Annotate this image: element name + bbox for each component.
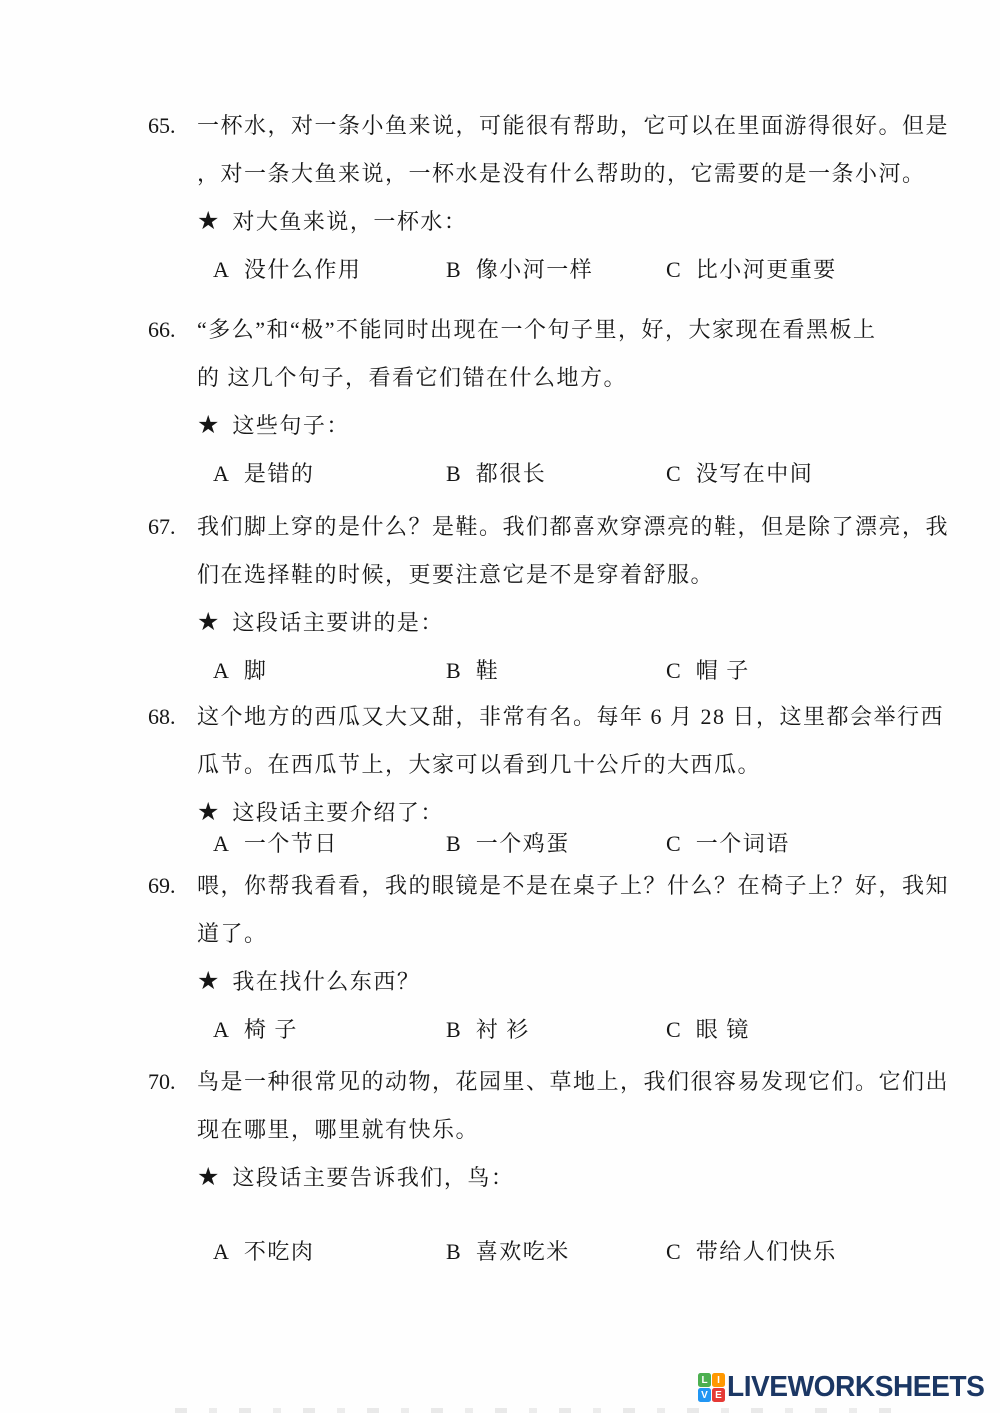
prompt-line: ★ 这段话主要告诉我们，鸟： (197, 1154, 978, 1202)
option-c[interactable]: C 没写在中间 (666, 450, 813, 498)
logo-tile-e: E (712, 1388, 725, 1402)
option-b-text: 鞋 (476, 647, 500, 695)
option-b-text: 喜欢吃米 (476, 1228, 570, 1276)
options-row: A 一个节日 B 一个鸡蛋 C 一个词语 (197, 820, 978, 868)
options-row: A 椅 子 B 衬 衫 C 眼 镜 (197, 1006, 978, 1054)
logo-tile-v: V (698, 1388, 711, 1402)
question-number: 65. (148, 102, 197, 150)
option-b-label: B (446, 1228, 461, 1276)
options-row: A 是错的 B 都很长 C 没写在中间 (197, 450, 978, 498)
option-a[interactable]: A 椅 子 (213, 1006, 446, 1054)
options-row: A 脚 B 鞋 C 帽 子 (197, 647, 978, 695)
question-67: 67. 我们脚上穿的是什么？是鞋。我们都喜欢穿漂亮的鞋，但是除了漂亮，我 们在选… (148, 503, 978, 695)
star-icon: ★ (197, 1154, 219, 1202)
passage-line: 66. “多么”和“极”不能同时出现在一个句子里，好，大家现在看黑板上 (148, 306, 978, 354)
option-a[interactable]: A 脚 (213, 647, 446, 695)
option-b-label: B (446, 820, 461, 868)
option-b-label: B (446, 450, 461, 498)
passage-text: 鸟是一种很常见的动物，花园里、草地上，我们很容易发现它们。它们出 (197, 1058, 949, 1106)
prompt-line: ★ 我在找什么东西？ (197, 958, 978, 1006)
passage-line: 70. 鸟是一种很常见的动物，花园里、草地上，我们很容易发现它们。它们出 (148, 1058, 978, 1106)
passage-line: 的 这几个句子，看看它们错在什么地方。 (197, 354, 978, 402)
passage-text: 们在选择鞋的时候，更要注意它是不是穿着舒服。 (197, 551, 714, 599)
option-b[interactable]: B 鞋 (446, 647, 666, 695)
star-icon: ★ (197, 198, 219, 246)
options-row: A 没什么作用 B 像小河一样 C 比小河更重要 (197, 246, 978, 294)
option-b-text: 衬 衫 (476, 1006, 530, 1054)
prompt-line: ★ 对大鱼来说，一杯水： (197, 198, 978, 246)
passage-text: 这个地方的西瓜又大又甜，非常有名。每年 6 月 28 日，这里都会举行西 (197, 693, 944, 741)
option-b[interactable]: B 衬 衫 (446, 1006, 666, 1054)
liveworksheets-logo[interactable]: L I V E LIVEWORKSHEETS (698, 1371, 992, 1404)
question-number: 67. (148, 503, 197, 551)
option-c[interactable]: C 比小河更重要 (666, 246, 837, 294)
worksheet-page: 65. 一杯水，对一条小鱼来说，可能很有帮助，它可以在里面游得很好。但是 ，对一… (0, 0, 1000, 1413)
question-prompt: 这些句子： (232, 402, 350, 450)
option-b-label: B (446, 1006, 461, 1054)
option-b[interactable]: B 像小河一样 (446, 246, 666, 294)
passage-line: ，对一条大鱼来说，一杯水是没有什么帮助的，它需要的是一条小河。 (197, 150, 978, 198)
option-c[interactable]: C 带给人们快乐 (666, 1228, 837, 1276)
question-65: 65. 一杯水，对一条小鱼来说，可能很有帮助，它可以在里面游得很好。但是 ，对一… (148, 102, 978, 294)
option-c[interactable]: C 眼 镜 (666, 1006, 750, 1054)
question-66: 66. “多么”和“极”不能同时出现在一个句子里，好，大家现在看黑板上 的 这几… (148, 306, 978, 498)
option-c-text: 眼 镜 (696, 1006, 750, 1054)
passage-line: 65. 一杯水，对一条小鱼来说，可能很有帮助，它可以在里面游得很好。但是 (148, 102, 978, 150)
option-c-text: 比小河更重要 (696, 246, 837, 294)
liveworksheets-tile-icon: L I V E (698, 1373, 725, 1402)
cutoff-next-line (175, 1408, 905, 1413)
question-prompt: 这段话主要讲的是： (232, 599, 444, 647)
star-icon: ★ (197, 402, 219, 450)
option-a-text: 椅 子 (244, 1006, 298, 1054)
passage-line: 69. 喂，你帮我看看，我的眼镜是不是在桌子上？什么？在椅子上？好，我知 (148, 862, 978, 910)
option-a[interactable]: A 不吃肉 (213, 1228, 446, 1276)
question-number: 69. (148, 862, 197, 910)
option-a-label: A (213, 820, 229, 868)
question-number: 70. (148, 1058, 197, 1106)
option-b[interactable]: B 一个鸡蛋 (446, 820, 666, 868)
option-a-text: 不吃肉 (244, 1228, 315, 1276)
passage-line: 道了。 (197, 910, 978, 958)
prompt-line: ★ 这段话主要讲的是： (197, 599, 978, 647)
passage-text: 的 这几个句子，看看它们错在什么地方。 (197, 354, 627, 402)
option-c-text: 帽 子 (696, 647, 750, 695)
option-c-label: C (666, 246, 681, 294)
logo-tile-i: I (712, 1373, 725, 1387)
option-a-text: 是错的 (244, 450, 315, 498)
option-a-label: A (213, 1006, 229, 1054)
passage-text: 现在哪里，哪里就有快乐。 (197, 1106, 479, 1154)
logo-tile-l: L (698, 1373, 711, 1387)
passage-text: 瓜节。在西瓜节上，大家可以看到几十公斤的大西瓜。 (197, 741, 761, 789)
option-b-text: 一个鸡蛋 (476, 820, 570, 868)
prompt-line: ★ 这些句子： (197, 402, 978, 450)
star-icon: ★ (197, 958, 219, 1006)
question-68: 68. 这个地方的西瓜又大又甜，非常有名。每年 6 月 28 日，这里都会举行西… (148, 693, 978, 868)
option-a-label: A (213, 647, 229, 695)
passage-text: ，对一条大鱼来说，一杯水是没有什么帮助的，它需要的是一条小河。 (197, 150, 926, 198)
question-prompt: 对大鱼来说，一杯水： (232, 198, 467, 246)
passage-line: 68. 这个地方的西瓜又大又甜，非常有名。每年 6 月 28 日，这里都会举行西 (148, 693, 978, 741)
option-a-label: A (213, 1228, 229, 1276)
liveworksheets-wordmark: LIVEWORKSHEETS (727, 1371, 984, 1404)
option-c-label: C (666, 647, 681, 695)
option-a[interactable]: A 一个节日 (213, 820, 446, 868)
passage-text: 喂，你帮我看看，我的眼镜是不是在桌子上？什么？在椅子上？好，我知 (197, 862, 949, 910)
option-b-text: 像小河一样 (476, 246, 594, 294)
option-a-text: 一个节日 (244, 820, 338, 868)
options-row: A 不吃肉 B 喜欢吃米 C 带给人们快乐 (197, 1228, 978, 1276)
option-a[interactable]: A 是错的 (213, 450, 446, 498)
passage-text: 我们脚上穿的是什么？是鞋。我们都喜欢穿漂亮的鞋，但是除了漂亮，我 (197, 503, 949, 551)
option-c-label: C (666, 1006, 681, 1054)
passage-text: 道了。 (197, 910, 268, 958)
passage-text: “多么”和“极”不能同时出现在一个句子里，好，大家现在看黑板上 (197, 306, 877, 354)
option-c-label: C (666, 1228, 681, 1276)
passage-line: 们在选择鞋的时候，更要注意它是不是穿着舒服。 (197, 551, 978, 599)
question-prompt: 这段话主要告诉我们，鸟： (232, 1154, 514, 1202)
option-a-text: 脚 (244, 647, 268, 695)
question-prompt: 我在找什么东西？ (232, 958, 420, 1006)
question-70: 70. 鸟是一种很常见的动物，花园里、草地上，我们很容易发现它们。它们出 现在哪… (148, 1058, 978, 1276)
option-c-label: C (666, 820, 681, 868)
option-b-label: B (446, 647, 461, 695)
option-c-text: 一个词语 (696, 820, 790, 868)
option-a-label: A (213, 450, 229, 498)
option-c[interactable]: C 一个词语 (666, 820, 790, 868)
star-icon: ★ (197, 599, 219, 647)
question-number: 66. (148, 306, 197, 354)
option-c-text: 带给人们快乐 (696, 1228, 837, 1276)
passage-line: 瓜节。在西瓜节上，大家可以看到几十公斤的大西瓜。 (197, 741, 978, 789)
question-69: 69. 喂，你帮我看看，我的眼镜是不是在桌子上？什么？在椅子上？好，我知 道了。… (148, 862, 978, 1054)
question-number: 68. (148, 693, 197, 741)
option-a[interactable]: A 没什么作用 (213, 246, 446, 294)
passage-line: 现在哪里，哪里就有快乐。 (197, 1106, 978, 1154)
option-c-text: 没写在中间 (696, 450, 814, 498)
passage-line: 67. 我们脚上穿的是什么？是鞋。我们都喜欢穿漂亮的鞋，但是除了漂亮，我 (148, 503, 978, 551)
option-a-text: 没什么作用 (244, 246, 362, 294)
option-c-label: C (666, 450, 681, 498)
option-b-label: B (446, 246, 461, 294)
option-b-text: 都很长 (476, 450, 547, 498)
passage-text: 一杯水，对一条小鱼来说，可能很有帮助，它可以在里面游得很好。但是 (197, 102, 949, 150)
option-a-label: A (213, 246, 229, 294)
option-b[interactable]: B 喜欢吃米 (446, 1228, 666, 1276)
option-c[interactable]: C 帽 子 (666, 647, 750, 695)
option-b[interactable]: B 都很长 (446, 450, 666, 498)
